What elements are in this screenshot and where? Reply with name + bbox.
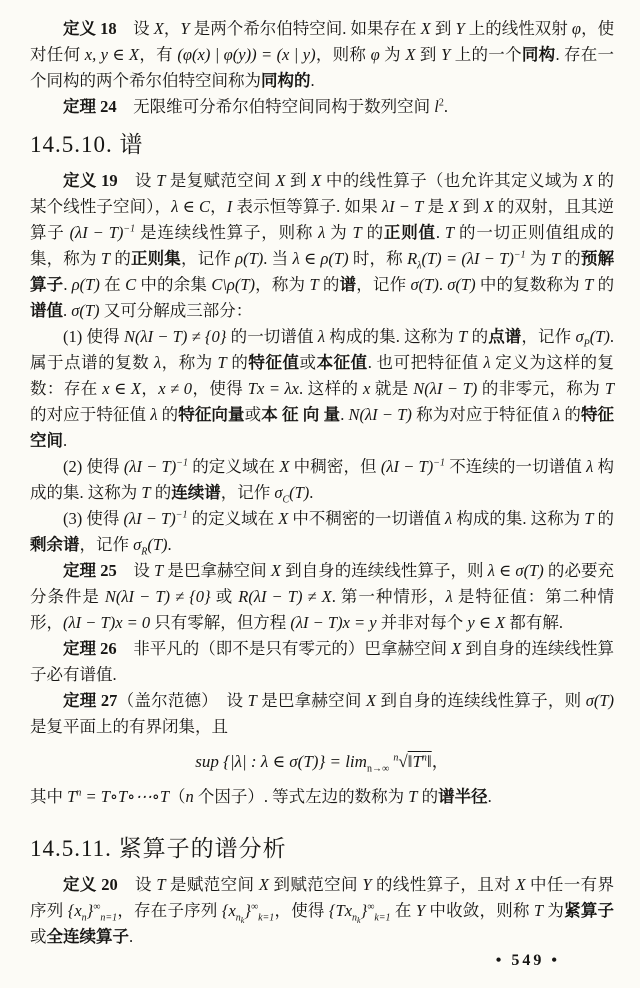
paragraph-residual-spectrum: (3) 使得 (λI − T)−1 的定义域在 X 中不稠密的一切谱值 λ 构成… (30, 506, 614, 558)
paragraph-definition-20: 定义 20 设 T 是赋范空间 X 到赋范空间 Y 的线性算子，且对 X 中任一… (30, 872, 614, 950)
paragraph-theorem-25: 定理 25 设 T 是巴拿赫空间 X 到自身的连续线性算子，则 λ ∈ σ(T)… (30, 558, 614, 636)
paragraph-continuous-spectrum: (2) 使得 (λI − T)−1 的定义域在 X 中稠密，但 (λI − T)… (30, 454, 614, 506)
paragraph-spectral-radius: 其中 Tn = T∘T∘⋯∘T（n 个因子）. 等式左边的数称为 T 的谱半径. (30, 784, 614, 810)
section-heading-compact-operators: 14.5.11. 紧算子的谱分析 (30, 834, 614, 864)
section-heading-spectrum: 14.5.10. 谱 (30, 130, 614, 160)
paragraph-definition-19: 定义 19 设 T 是复赋范空间 X 到 X 中的线性算子（也允许其定义域为 X… (30, 168, 614, 324)
paragraph-theorem-27: 定理 27（盖尔范德） 设 T 是巴拿赫空间 X 到自身的连续线性算子，则 σ(… (30, 688, 614, 740)
spectral-radius-formula: sup {|λ| : λ ∈ σ(T)} = limn→∞ n√‖Tn‖， (30, 749, 614, 775)
page-number: • 549 • (496, 948, 560, 974)
paragraph-definition-18: 定义 18 设 X，Y 是两个希尔伯特空间. 如果存在 X 到 Y 上的线性双射… (30, 16, 614, 94)
paragraph-theorem-24: 定理 24 无限维可分希尔伯特空间同构于数列空间 l2. (30, 94, 614, 120)
scanned-book-page: 定义 18 设 X，Y 是两个希尔伯特空间. 如果存在 X 到 Y 上的线性双射… (0, 0, 640, 988)
paragraph-point-spectrum: (1) 使得 N(λI − T) ≠ {0} 的一切谱值 λ 构成的集. 这称为… (30, 324, 614, 454)
paragraph-theorem-26: 定理 26 非平凡的（即不是只有零元的）巴拿赫空间 X 到自身的连续线性算子必有… (30, 636, 614, 688)
